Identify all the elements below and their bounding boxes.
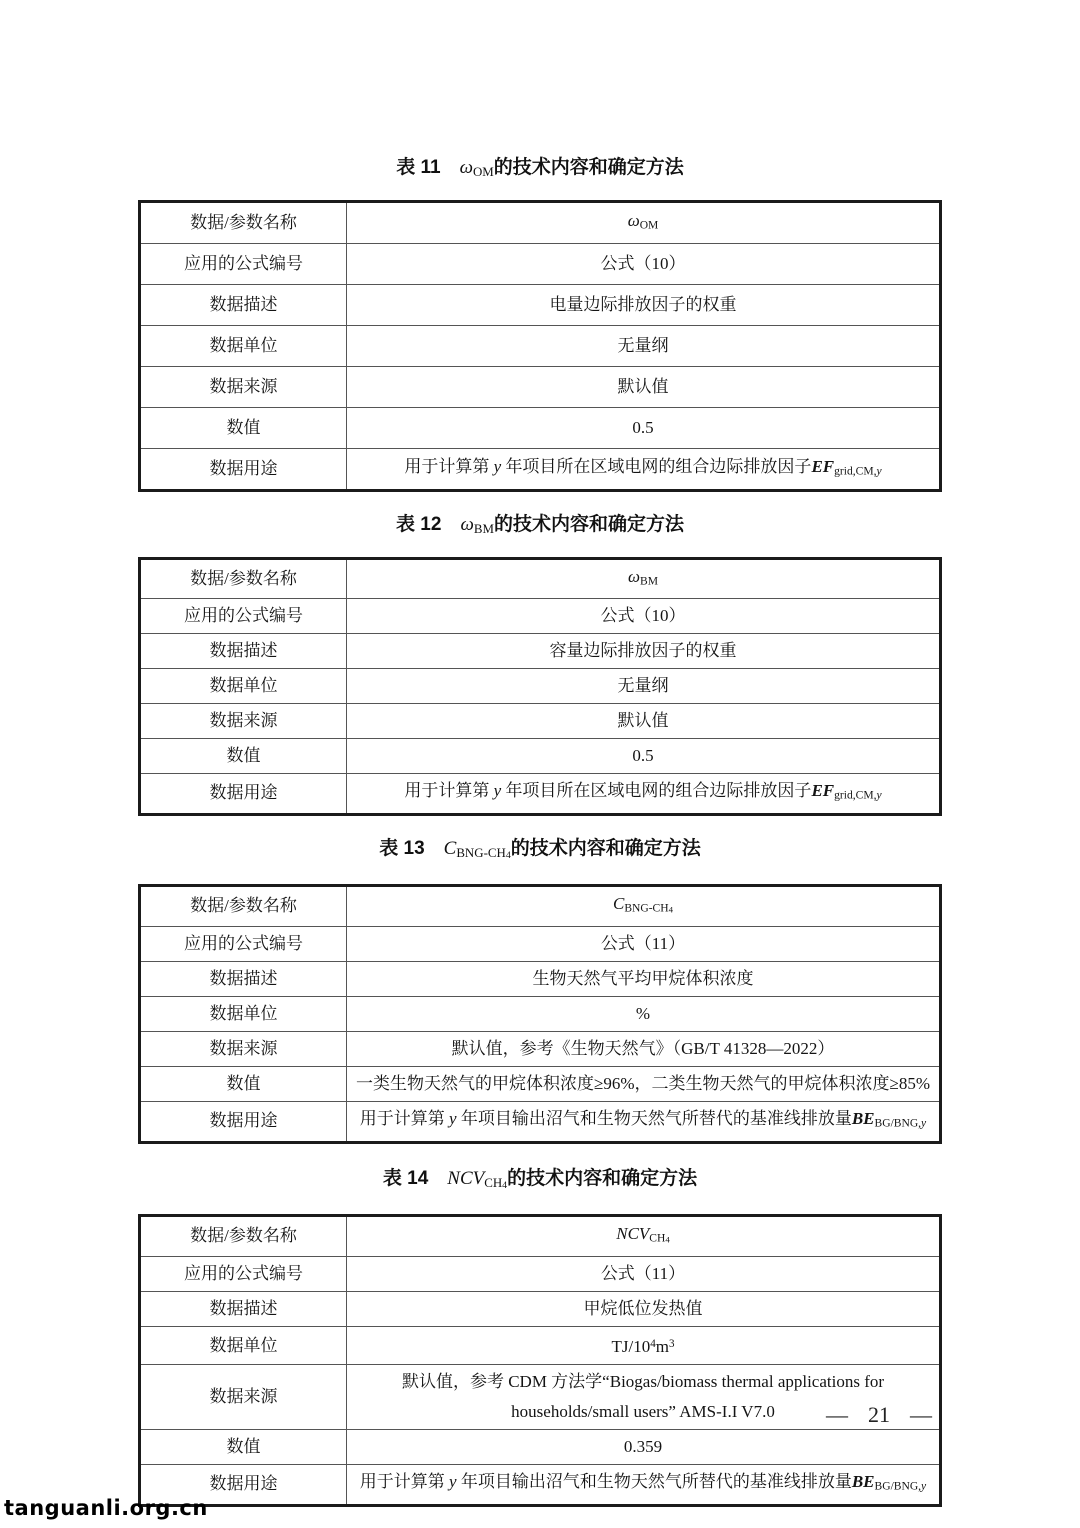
row-value: 0.5 — [347, 739, 941, 774]
text-segment: 4 — [669, 904, 673, 914]
text-segment: 的技术内容和确定方法 — [511, 838, 701, 859]
text-segment: BG/BNG, — [875, 1480, 922, 1493]
row-value: 容量边际排放因子的权重 — [347, 634, 941, 669]
row-label: 数据来源 — [140, 1032, 347, 1067]
table-row: 数据用途用于计算第 y 年项目输出沼气和生物天然气所替代的基准线排放量BEBG/… — [140, 1465, 941, 1506]
text-segment: 表 11 — [396, 157, 459, 178]
row-label: 数据/参数名称 — [140, 1215, 347, 1257]
table-12: 数据/参数名称ωBM应用的公式编号公式（10）数据描述容量边际排放因子的权重数据… — [138, 557, 942, 816]
text-segment: BG/BNG, — [875, 1117, 922, 1130]
row-value: 公式（10） — [347, 599, 941, 634]
row-value: 电量边际排放因子的权重 — [347, 284, 941, 325]
row-label: 数据描述 — [140, 284, 347, 325]
row-label: 数据描述 — [140, 962, 347, 997]
table-row: 数值一类生物天然气的甲烷体积浓度≥96%，二类生物天然气的甲烷体积浓度≥85% — [140, 1067, 941, 1102]
table-14-section: 表 14 NCVCH4的技术内容和确定方法数据/参数名称NCVCH4应用的公式编… — [138, 1165, 942, 1507]
table-row: 数值0.5 — [140, 739, 941, 774]
table-14: 数据/参数名称NCVCH4应用的公式编号公式（11）数据描述甲烷低位发热值数据单… — [138, 1214, 942, 1507]
row-value: TJ/104m3 — [347, 1327, 941, 1365]
row-value: 无量纲 — [347, 325, 941, 366]
table-row: 数据/参数名称CBNG-CH4 — [140, 885, 941, 927]
row-value: NCVCH4 — [347, 1215, 941, 1257]
row-label: 数据来源 — [140, 366, 347, 407]
text-segment: CH — [484, 1175, 502, 1190]
row-value: CBNG-CH4 — [347, 885, 941, 927]
table-row: 应用的公式编号公式（11） — [140, 927, 941, 962]
row-label: 数据来源 — [140, 1365, 347, 1430]
text-segment: y — [876, 464, 881, 477]
text-segment: OM — [640, 218, 659, 231]
text-segment: ω — [628, 567, 640, 586]
table-row: 数据/参数名称NCVCH4 — [140, 1215, 941, 1257]
table-row: 数据用途用于计算第 y 年项目输出沼气和生物天然气所替代的基准线排放量BEBG/… — [140, 1102, 941, 1143]
text-segment: NCV — [447, 1168, 484, 1189]
table-11: 数据/参数名称ωOM应用的公式编号公式（10）数据描述电量边际排放因子的权重数据… — [138, 200, 942, 492]
row-value: 默认值 — [347, 704, 941, 739]
text-segment: 电量边际排放因子的权重 — [550, 295, 737, 314]
page-number-dash-left: — — [826, 1402, 848, 1428]
row-value: 用于计算第 y 年项目输出沼气和生物天然气所替代的基准线排放量BEBG/BNG,… — [347, 1465, 941, 1506]
text-segment: 表 14 — [383, 1168, 447, 1189]
row-label: 应用的公式编号 — [140, 599, 347, 634]
row-value: 用于计算第 y 年项目所在区域电网的组合边际排放因子EFgrid,CM,y — [347, 448, 941, 490]
text-segment: 默认值 — [618, 711, 669, 730]
row-value: 生物天然气平均甲烷体积浓度 — [347, 962, 941, 997]
row-label: 数据/参数名称 — [140, 885, 347, 927]
table-row: 应用的公式编号公式（10） — [140, 599, 941, 634]
text-segment: ω — [460, 514, 473, 535]
text-segment: 生物天然气平均甲烷体积浓度 — [533, 969, 754, 988]
table-row: 数据描述电量边际排放因子的权重 — [140, 284, 941, 325]
row-label: 数据来源 — [140, 704, 347, 739]
row-value: 用于计算第 y 年项目所在区域电网的组合边际排放因子EFgrid,CM,y — [347, 774, 941, 815]
row-label: 数据用途 — [140, 448, 347, 490]
text-segment: 0.5 — [632, 418, 653, 437]
row-value: % — [347, 997, 941, 1032]
row-value: 公式（11） — [347, 1257, 941, 1292]
table-row: 数据/参数名称ωBM — [140, 558, 941, 599]
table-row: 应用的公式编号公式（10） — [140, 243, 941, 284]
row-value: 用于计算第 y 年项目输出沼气和生物天然气所替代的基准线排放量BEBG/BNG,… — [347, 1102, 941, 1143]
row-value: 无量纲 — [347, 669, 941, 704]
text-segment: 公式（10） — [601, 254, 686, 273]
text-segment: 无量纲 — [618, 676, 669, 695]
page-number-value: 21 — [868, 1402, 890, 1428]
text-segment: ω — [628, 211, 640, 230]
table-14-title: 表 14 NCVCH4的技术内容和确定方法 — [138, 1165, 942, 1199]
text-segment: BE — [852, 1472, 875, 1491]
table-row: 数据来源默认值，参考 CDM 方法学“Biogas/biomass therma… — [140, 1365, 941, 1430]
text-segment: 0.5 — [632, 746, 653, 765]
text-segment: % — [636, 1004, 650, 1023]
text-segment: 默认值 — [618, 377, 669, 396]
text-segment: 一类生物天然气的甲烷体积浓度≥96%，二类生物天然气的甲烷体积浓度≥85% — [356, 1074, 930, 1093]
row-label: 数据单位 — [140, 997, 347, 1032]
table-13-title: 表 13 CBNG-CH4的技术内容和确定方法 — [138, 835, 942, 869]
page-number: — 21 — — [826, 1402, 932, 1428]
text-segment: NCV — [616, 1224, 649, 1243]
table-12-title: 表 12 ωBM的技术内容和确定方法 — [138, 511, 942, 542]
text-segment: 默认值，参考 CDM 方法学“Biogas/biomass thermal ap… — [402, 1372, 884, 1421]
text-segment: 公式（10） — [601, 606, 686, 625]
table-row: 数据来源默认值 — [140, 366, 941, 407]
text-segment: 甲烷低位发热值 — [584, 1299, 703, 1318]
row-label: 数据单位 — [140, 325, 347, 366]
watermark: tanguanli.org.cn — [4, 1496, 208, 1520]
row-label: 数据单位 — [140, 1327, 347, 1365]
text-segment: y — [921, 1480, 926, 1493]
row-label: 数据/参数名称 — [140, 201, 347, 243]
table-row: 数值0.359 — [140, 1430, 941, 1465]
text-segment: ω — [460, 157, 473, 178]
document-page: { "page": { "number": "21", "dash": "—",… — [0, 0, 1080, 1528]
table-13-section: 表 13 CBNG-CH4的技术内容和确定方法数据/参数名称CBNG-CH4应用… — [138, 835, 942, 1144]
text-segment: 公式（11） — [601, 934, 685, 953]
table-row: 数据单位无量纲 — [140, 325, 941, 366]
text-segment: CH — [649, 1231, 665, 1244]
table-row: 数据单位无量纲 — [140, 669, 941, 704]
text-segment: EF — [811, 457, 834, 476]
text-segment: 的技术内容和确定方法 — [494, 514, 684, 535]
table-row: 数据/参数名称ωOM — [140, 201, 941, 243]
table-row: 数据用途用于计算第 y 年项目所在区域电网的组合边际排放因子EFgrid,CM,… — [140, 448, 941, 490]
row-value: 一类生物天然气的甲烷体积浓度≥96%，二类生物天然气的甲烷体积浓度≥85% — [347, 1067, 941, 1102]
row-label: 数值 — [140, 1067, 347, 1102]
text-segment: BM — [474, 521, 494, 536]
text-segment: 公式（11） — [601, 1264, 685, 1283]
text-segment: 用于计算第 — [360, 1109, 449, 1128]
row-label: 数据用途 — [140, 774, 347, 815]
row-value: 默认值 — [347, 366, 941, 407]
text-segment: y — [921, 1117, 926, 1130]
row-value: 公式（10） — [347, 243, 941, 284]
text-segment: y — [449, 1109, 457, 1128]
text-segment: 默认值，参考《生物天然气》（GB/T 41328—2022） — [452, 1039, 835, 1058]
text-segment: 的技术内容和确定方法 — [507, 1168, 697, 1189]
row-label: 数值 — [140, 739, 347, 774]
text-segment: 容量边际排放因子的权重 — [550, 641, 737, 660]
table-row: 数据来源默认值，参考《生物天然气》（GB/T 41328—2022） — [140, 1032, 941, 1067]
table-row: 数据用途用于计算第 y 年项目所在区域电网的组合边际排放因子EFgrid,CM,… — [140, 774, 941, 815]
text-segment: C — [444, 838, 457, 859]
row-value: 0.359 — [347, 1430, 941, 1465]
tables-root: 表 11 ωOM的技术内容和确定方法数据/参数名称ωOM应用的公式编号公式（10… — [138, 154, 942, 1507]
table-row: 应用的公式编号公式（11） — [140, 1257, 941, 1292]
table-13: 数据/参数名称CBNG-CH4应用的公式编号公式（11）数据描述生物天然气平均甲… — [138, 884, 942, 1144]
row-value: 默认值，参考《生物天然气》（GB/T 41328—2022） — [347, 1032, 941, 1067]
table-12-section: 表 12 ωBM的技术内容和确定方法数据/参数名称ωBM应用的公式编号公式（10… — [138, 511, 942, 816]
text-segment: 用于计算第 — [404, 781, 493, 800]
row-label: 数据单位 — [140, 669, 347, 704]
table-row: 数据单位% — [140, 997, 941, 1032]
text-segment: 年项目所在区域电网的组合边际排放因子 — [501, 457, 811, 476]
text-segment: y — [876, 789, 881, 802]
page-number-dash-right: — — [910, 1402, 932, 1428]
text-segment: EF — [811, 781, 834, 800]
table-row: 数据单位TJ/104m3 — [140, 1327, 941, 1365]
table-row: 数据描述容量边际排放因子的权重 — [140, 634, 941, 669]
text-segment: BNG-CH — [624, 901, 668, 914]
row-value: 公式（11） — [347, 927, 941, 962]
row-label: 应用的公式编号 — [140, 1257, 347, 1292]
text-segment: 表 12 — [396, 514, 460, 535]
row-value: 0.5 — [347, 407, 941, 448]
text-segment: OM — [473, 164, 494, 179]
text-segment: 年项目所在区域电网的组合边际排放因子 — [501, 781, 811, 800]
text-segment: grid,CM, — [834, 464, 876, 477]
row-label: 数据用途 — [140, 1102, 347, 1143]
text-segment: 3 — [669, 1338, 675, 1350]
text-segment: m — [656, 1337, 669, 1356]
text-segment: 表 13 — [379, 838, 443, 859]
table-11-title: 表 11 ωOM的技术内容和确定方法 — [138, 154, 942, 185]
text-segment: y — [449, 1472, 457, 1491]
text-segment: 年项目输出沼气和生物天然气所替代的基准线排放量 — [457, 1472, 852, 1491]
row-label: 数值 — [140, 1430, 347, 1465]
text-segment: 用于计算第 — [404, 457, 493, 476]
text-segment: grid,CM, — [834, 789, 876, 802]
text-segment: BM — [640, 574, 658, 587]
text-segment: 的技术内容和确定方法 — [494, 157, 684, 178]
text-segment: 0.359 — [624, 1437, 662, 1456]
text-segment: TJ/10 — [611, 1337, 650, 1356]
text-segment: 用于计算第 — [360, 1472, 449, 1491]
row-label: 数据描述 — [140, 1292, 347, 1327]
row-value: ωOM — [347, 201, 941, 243]
row-label: 数值 — [140, 407, 347, 448]
row-label: 数据/参数名称 — [140, 558, 347, 599]
text-segment: BE — [852, 1109, 875, 1128]
text-segment: BNG-CH — [456, 845, 505, 860]
text-segment: C — [613, 894, 624, 913]
row-value: ωBM — [347, 558, 941, 599]
row-label: 数据描述 — [140, 634, 347, 669]
text-segment: 无量纲 — [618, 336, 669, 355]
row-label: 应用的公式编号 — [140, 927, 347, 962]
text-segment: 4 — [665, 1234, 669, 1244]
text-segment: 年项目输出沼气和生物天然气所替代的基准线排放量 — [457, 1109, 852, 1128]
row-label: 应用的公式编号 — [140, 243, 347, 284]
row-value: 甲烷低位发热值 — [347, 1292, 941, 1327]
table-row: 数值0.5 — [140, 407, 941, 448]
table-row: 数据来源默认值 — [140, 704, 941, 739]
table-row: 数据描述甲烷低位发热值 — [140, 1292, 941, 1327]
table-row: 数据描述生物天然气平均甲烷体积浓度 — [140, 962, 941, 997]
table-11-section: 表 11 ωOM的技术内容和确定方法数据/参数名称ωOM应用的公式编号公式（10… — [138, 154, 942, 492]
